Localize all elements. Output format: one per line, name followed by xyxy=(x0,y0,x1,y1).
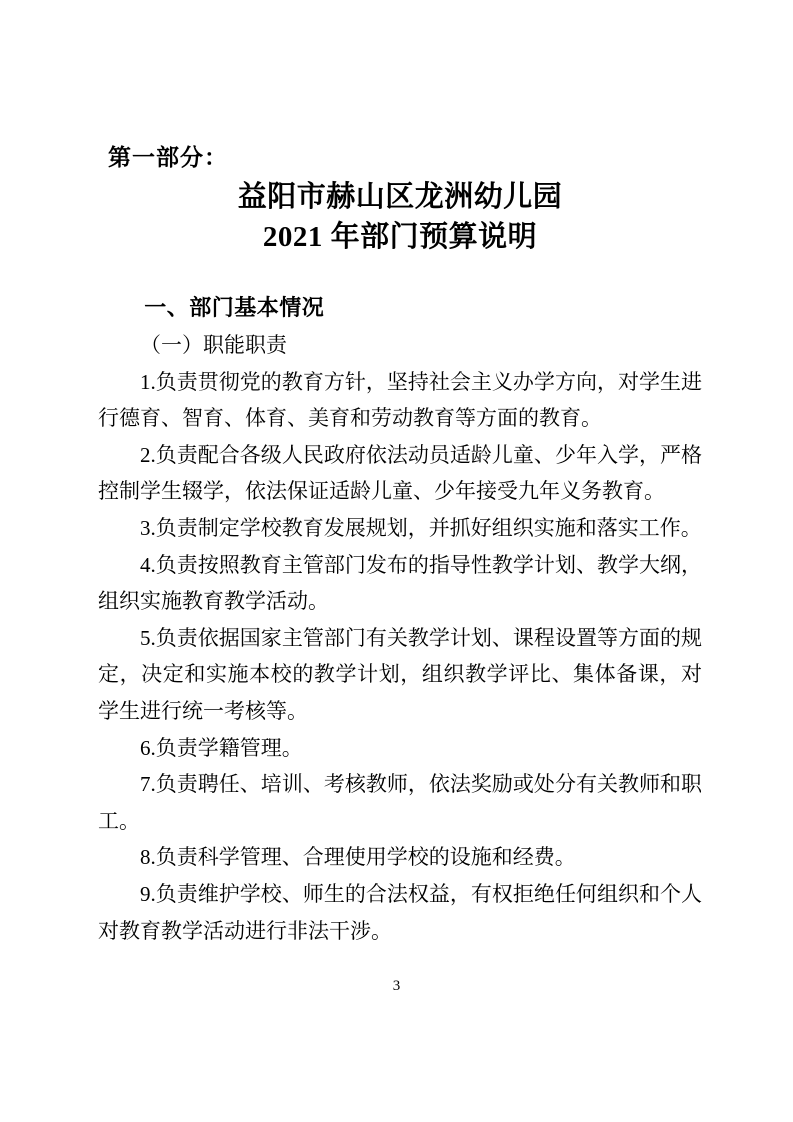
document-title: 益阳市赫山区龙洲幼儿园 2021 年部门预算说明 xyxy=(98,177,702,257)
paragraph-8: 8.负责科学管理、合理使用学校的设施和经费。 xyxy=(98,839,702,876)
paragraph-3: 3.负责制定学校教育发展规划，并抓好组织实施和落实工作。 xyxy=(98,510,702,547)
document-title-line-2: 2021 年部门预算说明 xyxy=(98,217,702,257)
paragraph-1: 1.负责贯彻党的教育方针，坚持社会主义办学方向，对学生进行德育、智育、体育、美育… xyxy=(98,364,702,437)
paragraph-6: 6.负责学籍管理。 xyxy=(98,730,702,767)
page-number: 3 xyxy=(0,976,793,996)
subsection-heading: （一）职能职责 xyxy=(98,327,702,364)
body-text: （一）职能职责 1.负责贯彻党的教育方针，坚持社会主义办学方向，对学生进行德育、… xyxy=(98,327,702,949)
paragraph-5: 5.负责依据国家主管部门有关教学计划、课程设置等方面的规定，决定和实施本校的教学… xyxy=(98,620,702,730)
paragraph-9: 9.负责维护学校、师生的合法权益，有权拒绝任何组织和个人对教育教学活动进行非法干… xyxy=(98,876,702,949)
document-title-line-1: 益阳市赫山区龙洲幼儿园 xyxy=(98,177,702,217)
section-heading: 一、部门基本情况 xyxy=(98,294,702,321)
document-page: 第一部分： 益阳市赫山区龙洲幼儿园 2021 年部门预算说明 一、部门基本情况 … xyxy=(0,0,793,1122)
part-label: 第一部分： xyxy=(108,144,702,170)
paragraph-2: 2.负责配合各级人民政府依法动员适龄儿童、少年入学，严格控制学生辍学，依法保证适… xyxy=(98,437,702,510)
paragraph-4: 4.负责按照教育主管部门发布的指导性教学计划、教学大纲，组织实施教育教学活动。 xyxy=(98,547,702,620)
document-content: 第一部分： 益阳市赫山区龙洲幼儿园 2021 年部门预算说明 一、部门基本情况 … xyxy=(98,0,702,949)
paragraph-7: 7.负责聘任、培训、考核教师，依法奖励或处分有关教师和职工。 xyxy=(98,766,702,839)
